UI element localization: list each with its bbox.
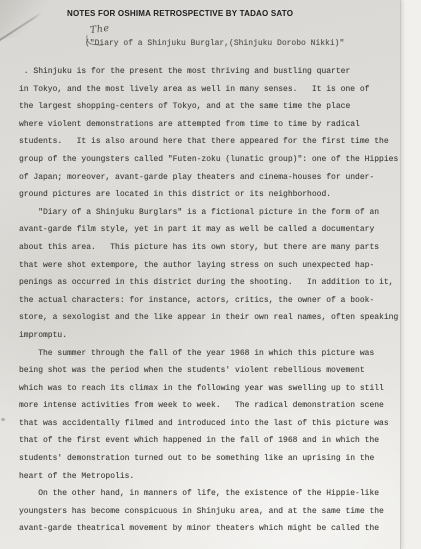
body-line: students. It is also around here that th… (19, 133, 404, 151)
body-line: where violent demonstrations are attempt… (19, 116, 404, 134)
handwritten-annotation: The (89, 23, 110, 36)
body-line: the actual characters: for instance, act… (19, 292, 404, 310)
body-line: more intense activities from week to wee… (19, 397, 404, 415)
body-line: students' demonstration turned out to be… (19, 450, 404, 468)
body-line: avant-garde theatrical movement by minor… (19, 520, 404, 538)
margin-speck (1, 418, 5, 421)
paper-sheet: NOTES FOR OSHIMA RETROSPECTIVE BY TADAO … (0, 0, 401, 549)
body-line: . Shinjuku is for the present the most t… (19, 63, 404, 81)
body-line: group of the youngsters called "Futen-zo… (19, 151, 404, 169)
body-line: in Tokyo, and the most lively area as we… (19, 81, 404, 99)
body-line: "Diary of a Shinjuku Burglars" is a fict… (19, 204, 404, 222)
body-line: that of the first event which happened i… (19, 432, 404, 450)
body-line: On the other hand, in manners of life, t… (19, 485, 404, 503)
body-line: heart of the Metropolis. (19, 468, 404, 486)
body-line: being shot was the period when the stude… (19, 362, 404, 380)
body-line: which was to reach its climax in the fol… (19, 380, 404, 398)
body-line: impromptu. (19, 327, 404, 345)
body-line: penings as occurred in this district dur… (19, 274, 404, 292)
body-line: of Japan; moreover, avant-garde play the… (19, 169, 404, 187)
film-title-line: ("Diary of a Shinjuku Burglar,(Shinjuku … (85, 39, 344, 48)
body-line: The summer through the fall of the year … (19, 345, 404, 363)
body-line: about this area. This picture has its ow… (19, 239, 404, 257)
document-body: . Shinjuku is for the present the most t… (19, 63, 404, 538)
body-line: that were shot extempore, the author lay… (19, 257, 404, 275)
body-line: avant-garde film style, yet in part it m… (19, 221, 404, 239)
document-header-title: NOTES FOR OSHIMA RETROSPECTIVE BY TADAO … (67, 9, 293, 18)
body-line: store, a sexologist and the like appear … (19, 309, 404, 327)
corner-fold-crease (0, 0, 63, 42)
body-line: youngsters has become conspicuous in Shi… (19, 503, 404, 521)
body-line: ground pictures are located in this dist… (19, 186, 404, 204)
body-line: the largest shopping-centers of Tokyo, a… (19, 98, 404, 116)
body-line: that was accidentally filmed and introdu… (19, 415, 404, 433)
scanned-document-page: NOTES FOR OSHIMA RETROSPECTIVE BY TADAO … (0, 0, 421, 549)
